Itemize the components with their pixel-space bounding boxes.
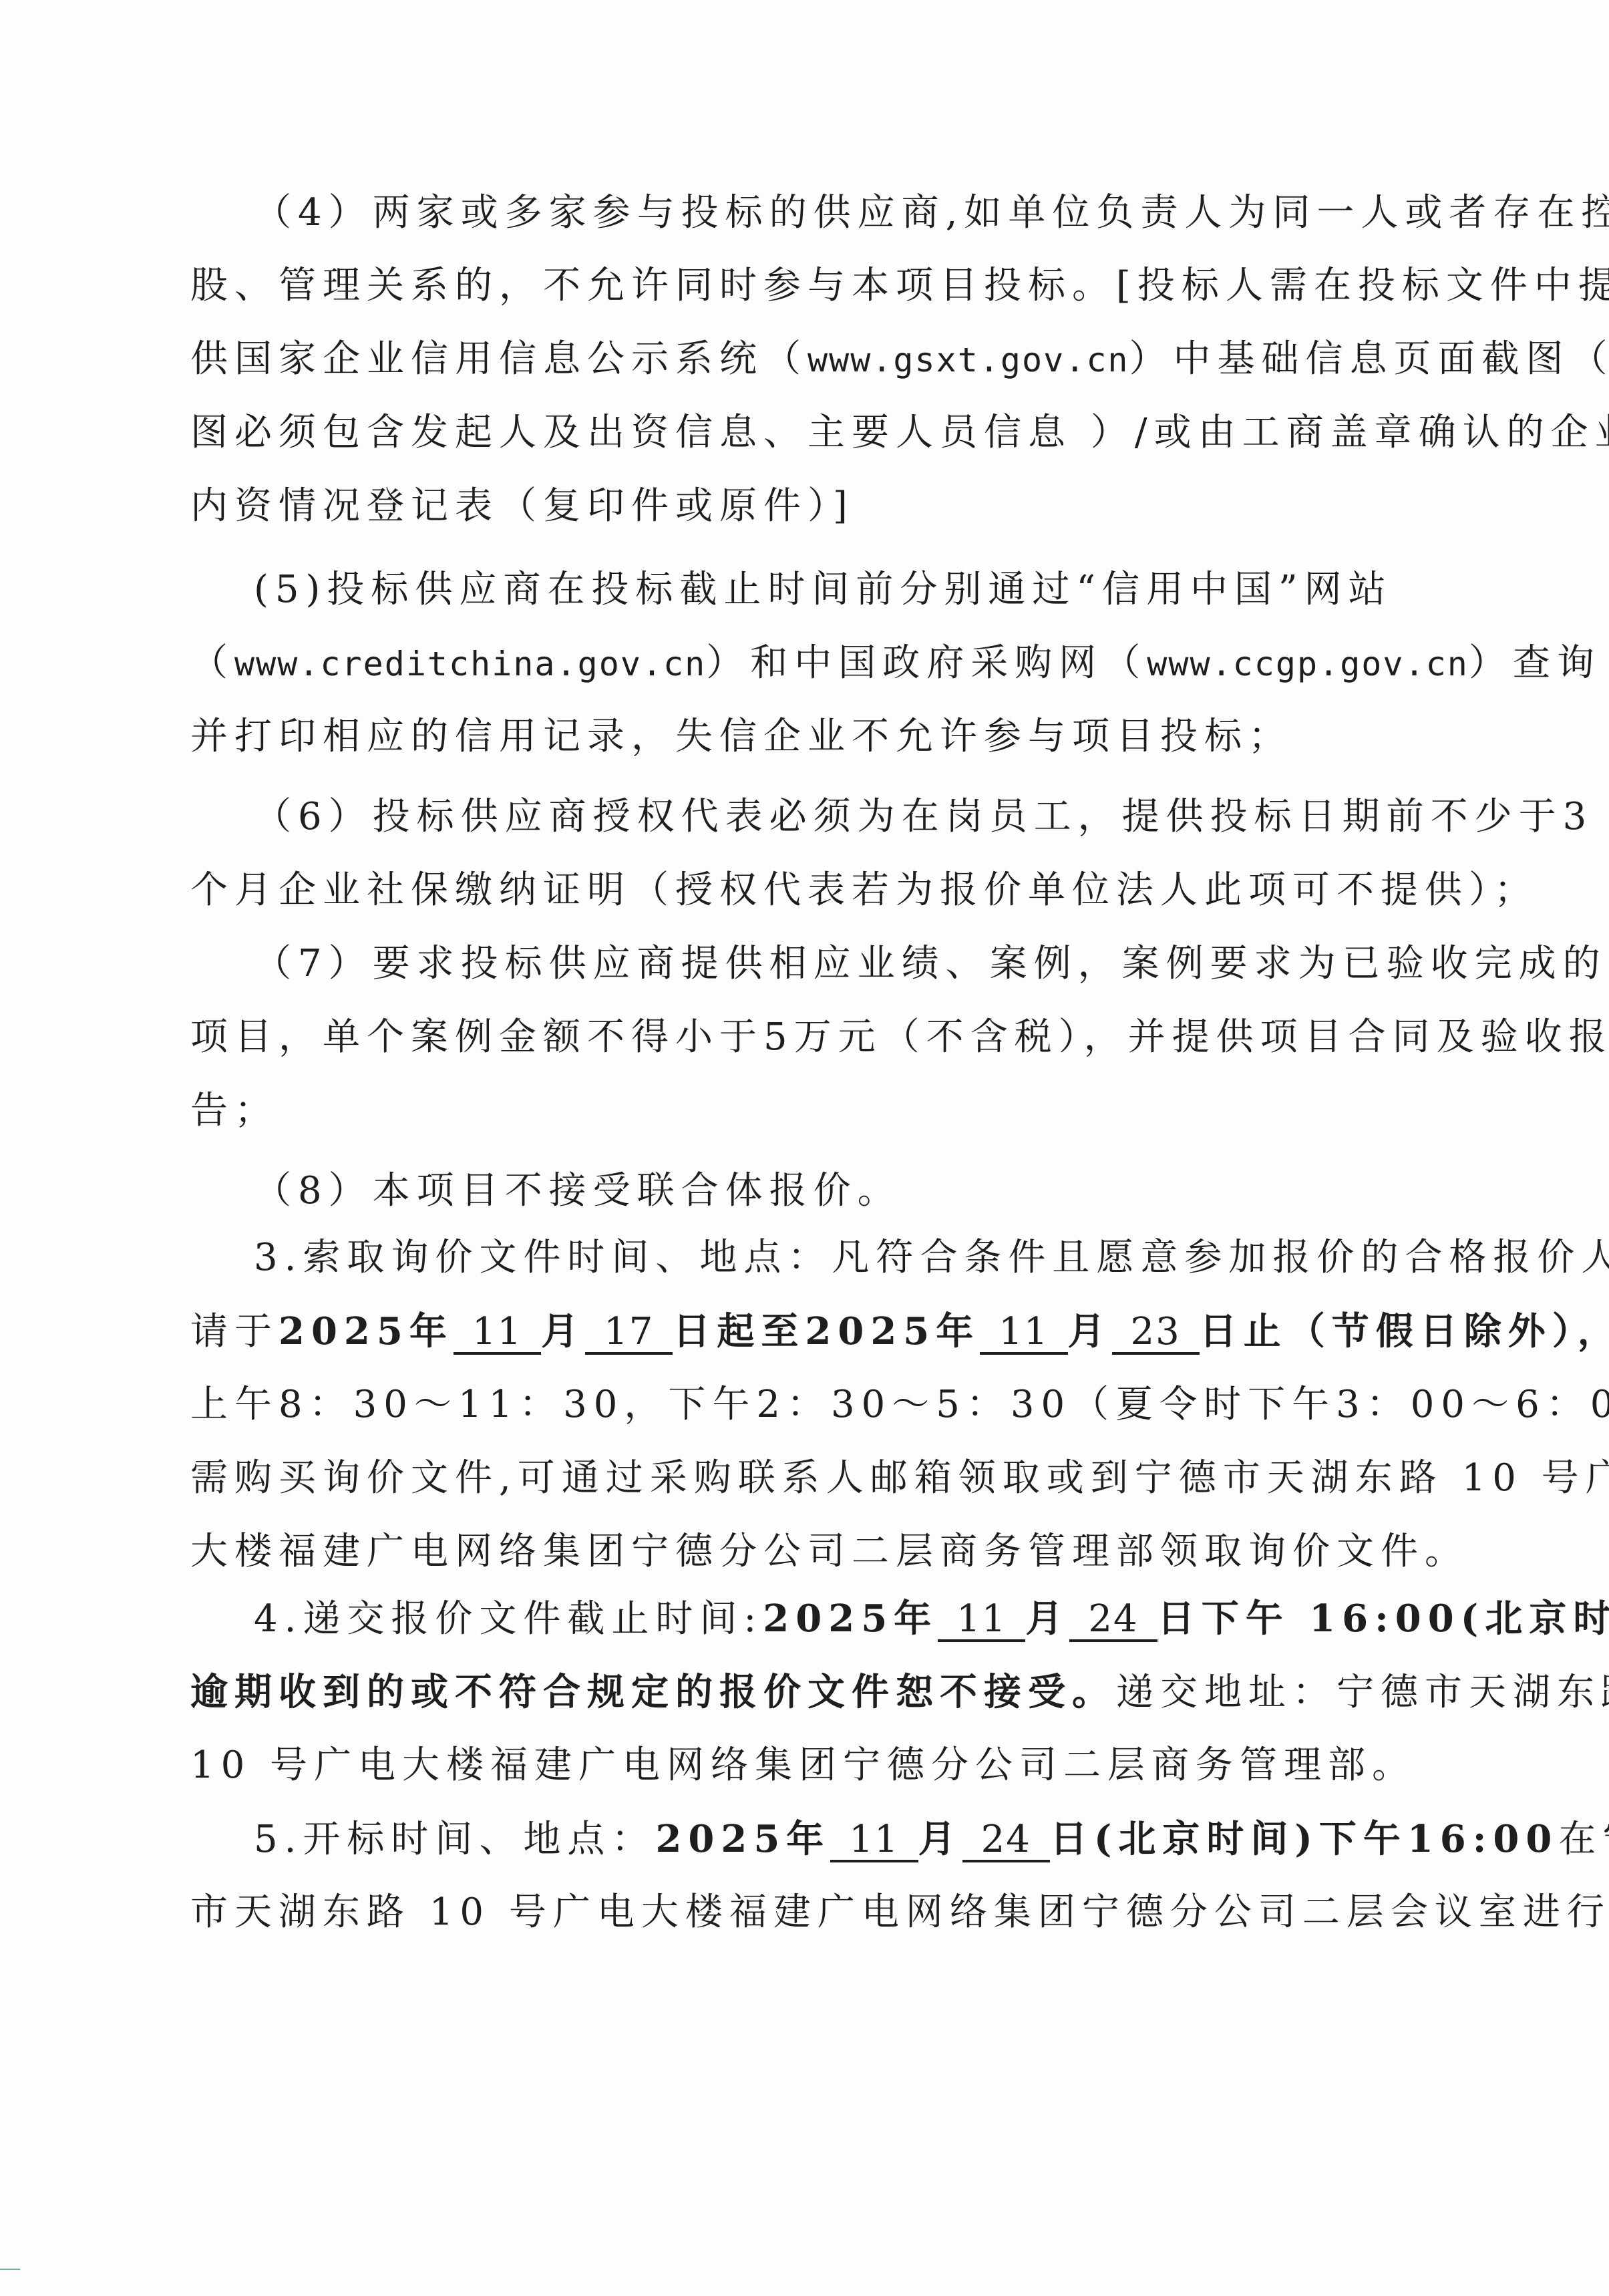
text: 在宁德	[1558, 1818, 1609, 1861]
text: 年	[894, 1597, 938, 1641]
text: 月	[541, 1309, 585, 1353]
text: 日(北京时间)下午	[1050, 1817, 1407, 1861]
item-7-line-1: （7）要求投标供应商提供相应业绩、案例，案例要求为已验收完成的	[254, 940, 1469, 988]
item-4-line-1: （4）两家或多家参与投标的供应商,如单位负责人为同一人或者存在控	[254, 189, 1469, 237]
deadline-year: 2025	[763, 1597, 894, 1641]
opening-year: 2025	[655, 1817, 786, 1861]
text: （6）投标供应商授权代表必须为在岗员工，提供投标日期前不少于3	[254, 795, 1593, 838]
text: （8）本项目不接受联合体报价。	[254, 1169, 902, 1212]
text: 并打印相应的信用记录，失信企业不允许参与项目投标；	[190, 715, 1292, 758]
section-3-line-4: 需购买询价文件,可通过采购联系人邮箱领取或到宁德市天湖东路 10 号广电	[190, 1454, 1469, 1502]
item-6-line-1: （6）投标供应商授权代表必须为在岗员工，提供投标日期前不少于3	[254, 793, 1469, 841]
item-4-line-3: 供国家企业信用信息公示系统（www.gsxt.gov.cn）中基础信息页面截图（…	[190, 335, 1469, 384]
opening-month: 11	[830, 1820, 918, 1862]
section-4-line-3: 10 号广电大楼福建广电网络集团宁德分公司二层商务管理部。	[190, 1742, 1469, 1790]
text: 日起至	[673, 1309, 805, 1353]
item-6-line-2: 个月企业社保缴纳证明（授权代表若为报价单位法人此项可不提供）；	[190, 866, 1469, 915]
text: 个月企业社保缴纳证明（授权代表若为报价单位法人此项可不提供）；	[190, 868, 1538, 912]
late-submission-warning: 逾期收到的或不符合规定的报价文件恕不接受。	[190, 1670, 1116, 1714]
text: 供国家企业信用信息公示系统（	[190, 337, 808, 381]
section-3-line-3: 上午8：30～11：30，下午2：30～5：30（夏令时下午3：00～6：00）…	[190, 1381, 1469, 1429]
text: 内资情况登记表（复印件或原件）]	[190, 484, 854, 528]
section-3-line-2: 请于2025年11月17日起至2025年11月23日止（节假日除外），每天	[190, 1307, 1469, 1356]
text: 股、管理关系的，不允许同时参与本项目投标。[投标人需在投标文件中提	[190, 264, 1609, 307]
section-4-line-2: 逾期收到的或不符合规定的报价文件恕不接受。递交地址：宁德市天湖东路	[190, 1668, 1469, 1717]
end-year: 2025	[805, 1309, 936, 1353]
section-5-line-1: 5.开标时间、地点：2025年11月24日(北京时间)下午16:00在宁德	[254, 1815, 1469, 1864]
text: 3.索取询价文件时间、地点：凡符合条件且愿意参加报价的合格报价人	[254, 1236, 1609, 1279]
item-4-line-4: 图必须包含发起人及出资信息、主要人员信息 ）/或由工商盖章确认的企业	[190, 409, 1469, 457]
scan-edge-mark	[0, 2269, 20, 2270]
item-4-line-5: 内资情况登记表（复印件或原件）]	[190, 482, 1469, 530]
opening-day: 24	[962, 1820, 1050, 1862]
deadline-month: 11	[938, 1599, 1025, 1642]
item-4-line-2: 股、管理关系的，不允许同时参与本项目投标。[投标人需在投标文件中提	[190, 262, 1469, 310]
text: 项目，单个案例金额不得小于5万元（不含税），并提供项目合同及验收报	[190, 1015, 1609, 1059]
text: 图必须包含发起人及出资信息、主要人员信息 ）/或由工商盖章确认的企业	[190, 411, 1609, 454]
text: 年	[786, 1817, 830, 1861]
text: ）和中国政府采购网（	[706, 641, 1147, 685]
creditchina-url: www.creditchina.gov.cn	[234, 645, 706, 683]
deadline-day: 24	[1069, 1599, 1157, 1642]
text: 请于	[190, 1310, 279, 1353]
deadline-time: 日下午 16:00(北京时间),	[1157, 1597, 1609, 1641]
text: （4）两家或多家参与投标的供应商,如单位负责人为同一人或者存在控	[254, 191, 1609, 234]
text: 10 号广电大楼福建广电网络集团宁德分公司二层商务管理部。	[190, 1744, 1416, 1787]
text: 大楼福建广电网络集团宁德分公司二层商务管理部领取询价文件。	[190, 1530, 1469, 1573]
text: 月	[1068, 1309, 1112, 1353]
gsxt-url: www.gsxt.gov.cn	[808, 341, 1129, 379]
start-month: 11	[454, 1312, 541, 1355]
text: 需购买询价文件,可通过采购联系人邮箱领取或到宁德市天湖东路 10 号广电	[190, 1456, 1609, 1500]
item-5-line-3: 并打印相应的信用记录，失信企业不允许参与项目投标；	[190, 713, 1469, 761]
start-day: 17	[585, 1312, 673, 1355]
text: （7）要求投标供应商提供相应业绩、案例，案例要求为已验收完成的	[254, 942, 1607, 985]
text: 月	[918, 1817, 962, 1861]
item-5-line-2: （www.creditchina.gov.cn）和中国政府采购网（www.ccg…	[190, 639, 1469, 688]
text: （节假日除外），每天	[1288, 1309, 1609, 1353]
section-4-line-1: 4.递交报价文件截止时间:2025年11月24日下午 16:00(北京时间),	[254, 1595, 1469, 1643]
text: （	[190, 641, 234, 685]
item-8-line-1: （8）本项目不接受联合体报价。	[254, 1167, 1469, 1215]
text: 上午8：30～11：30，下午2：30～5：30（夏令时下午3：00～6：00）…	[190, 1383, 1609, 1426]
section-3-line-1: 3.索取询价文件时间、地点：凡符合条件且愿意参加报价的合格报价人	[254, 1234, 1469, 1282]
text: 市天湖东路 10 号广电大楼福建广电网络集团宁德分公司二层会议室进行。	[190, 1891, 1609, 1934]
text: (5)投标供应商在投标截止时间前分别通过“信用中国”网站	[254, 568, 1393, 611]
text: ）中基础信息页面截图（截	[1129, 337, 1609, 381]
section-5-line-2: 市天湖东路 10 号广电大楼福建广电网络集团宁德分公司二层会议室进行。	[190, 1889, 1469, 1937]
ccgp-url: www.ccgp.gov.cn	[1147, 645, 1469, 683]
text: 5.开标时间、地点：	[254, 1818, 655, 1861]
start-year: 2025	[279, 1309, 409, 1353]
opening-time: 16:00	[1407, 1817, 1559, 1861]
text: 递交地址：宁德市天湖东路	[1116, 1671, 1609, 1714]
text: 月	[1025, 1597, 1069, 1641]
text: ）查询	[1469, 641, 1601, 685]
end-month: 11	[980, 1312, 1067, 1355]
section-3-line-5: 大楼福建广电网络集团宁德分公司二层商务管理部领取询价文件。	[190, 1528, 1469, 1576]
end-day: 23	[1112, 1312, 1200, 1355]
item-7-line-2: 项目，单个案例金额不得小于5万元（不含税），并提供项目合同及验收报	[190, 1013, 1469, 1061]
text: 告；	[190, 1089, 279, 1132]
document-page: （4）两家或多家参与投标的供应商,如单位负责人为同一人或者存在控 股、管理关系的…	[0, 0, 1609, 2296]
text: 日止	[1200, 1309, 1288, 1353]
item-7-line-3: 告；	[190, 1087, 1469, 1135]
text: 年	[936, 1309, 980, 1353]
text: 年	[409, 1309, 454, 1353]
text: 4.递交报价文件截止时间:	[254, 1597, 763, 1641]
item-5-line-1: (5)投标供应商在投标截止时间前分别通过“信用中国”网站	[254, 566, 1469, 614]
